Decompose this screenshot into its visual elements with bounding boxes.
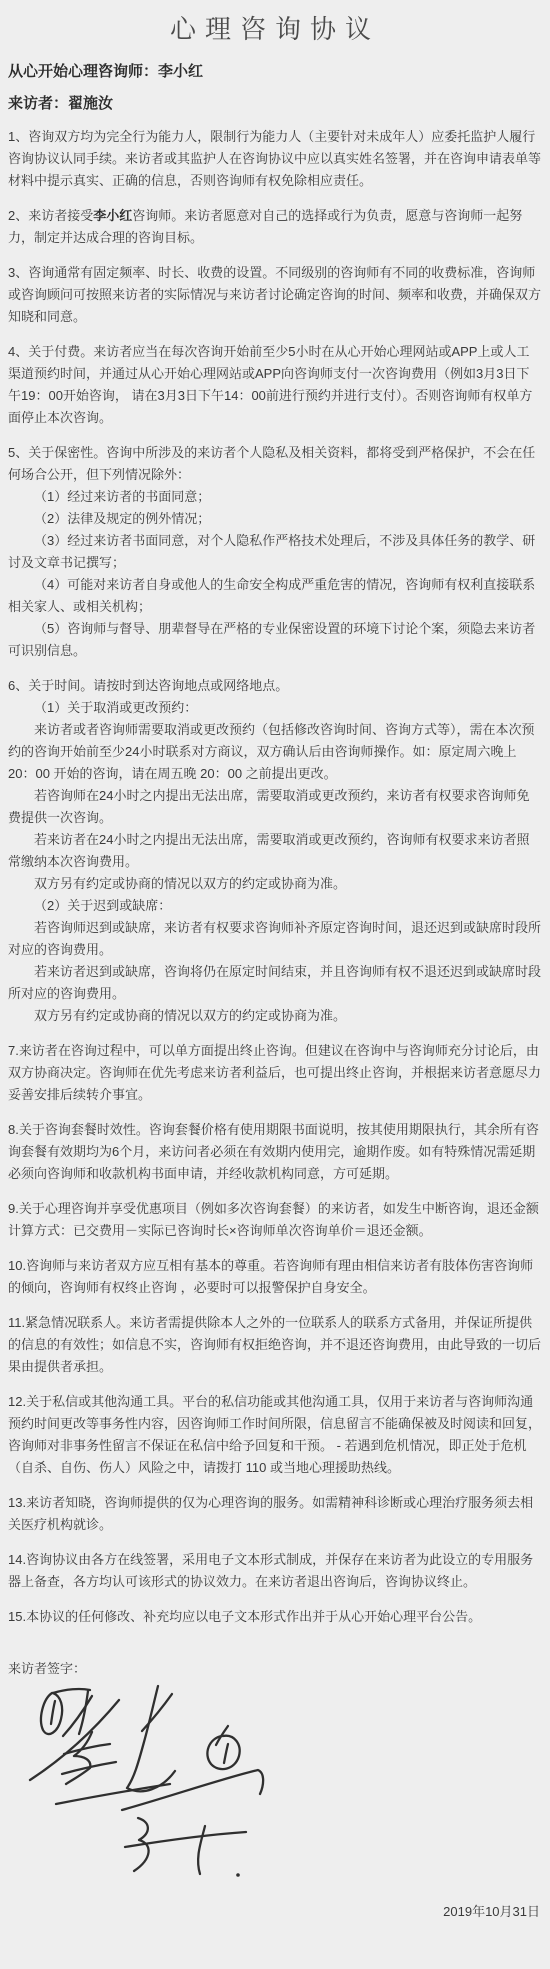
clause-5-item-4: （4）可能对来访者自身或他人的生命安全构成严重危害的情况，咨询师有权利直接联系相…	[8, 574, 542, 618]
signature-label: 来访者签字：	[8, 1658, 542, 1680]
clause-6-item-6: （2）关于迟到或缺席：	[8, 895, 542, 917]
clause-2: 2、来访者接受李小红咨询师。来访者愿意对自己的选择或行为负责，愿意与咨询师一起努…	[8, 205, 542, 249]
page-title: 心理咨询协议	[8, 12, 542, 46]
clause-14: 14.咨询协议由各方在线签署，采用电子文本形式制成，并保存在来访者为此设立的专用…	[8, 1549, 542, 1593]
clause-9: 9.关于心理咨询并享受优惠项目（例如多次咨询套餐）的来访者，如发生中断咨询，退还…	[8, 1198, 542, 1242]
clause-6-item-3: 若咨询师在24小时之内提出无法出席，需要取消或更改预约，来访者有权要求咨询师免费…	[8, 785, 542, 829]
signature-date: 2019年10月31日	[8, 1901, 540, 1923]
clause-4: 4、关于付费。来访者应当在每次咨询开始前至少5小时在从心开始心理网站或APP上或…	[8, 341, 542, 429]
clause-6-item-4: 若来访者在24小时之内提出无法出席，需要取消或更改预约，咨询师有权要求来访者照常…	[8, 829, 542, 873]
clause-6-item-5: 双方另有约定或协商的情况以双方的约定或协商为准。	[8, 873, 542, 895]
clause-1: 1、咨询双方均为完全行为能力人，限制行为能力人（主要针对未成年人）应委托监护人履…	[8, 126, 542, 192]
clause-10: 10.咨询师与来访者双方应互相有基本的尊重。若咨询师有理由相信来访者有肢体伤害咨…	[8, 1255, 542, 1299]
clause-7: 7.来访者在咨询过程中，可以单方面提出终止咨询。但建议在咨询中与咨询师充分讨论后…	[8, 1040, 542, 1106]
clause-15: 15.本协议的任何修改、补充均应以电子文本形式作出并于从心开始心理平台公告。	[8, 1606, 542, 1628]
clause-6-item-1: （1）关于取消或更改预约：	[8, 697, 542, 719]
clause-6-item-8: 若来访者迟到或缺席，咨询将仍在原定时间结束，并且咨询师有权不退还迟到或缺席时段所…	[8, 961, 542, 1005]
clause-6-item-2: 来访者或者咨询师需要取消或更改预约（包括修改咨询时间、咨询方式等），需在本次预约…	[8, 719, 542, 785]
client-line: 来访者：翟施汝	[8, 94, 542, 113]
clause-5-item-5: （5）咨询师与督导、朋辈督导在严格的专业保密设置的环境下讨论个案，须隐去来访者可…	[8, 618, 542, 662]
clause-6: 6、关于时间。请按时到达咨询地点或网络地点。	[8, 675, 542, 697]
clause-13: 13.来访者知晓，咨询师提供的仅为心理咨询的服务。如需精神科诊断或心理治疗服务须…	[8, 1492, 542, 1536]
clause-6-item-9: 双方另有约定或协商的情况以双方的约定或协商为准。	[8, 1005, 542, 1027]
clause-8: 8.关于咨询套餐时效性。咨询套餐价格有使用期限书面说明，按其使用期限执行，其余所…	[8, 1119, 542, 1185]
clause-5-item-1: （1）经过来访者的书面同意；	[8, 486, 542, 508]
clause-5: 5、关于保密性。咨询中所涉及的来访者个人隐私及相关资料，都将受到严格保护，不会在…	[8, 442, 542, 486]
counselor-line: 从心开始心理咨询师：李小红	[8, 62, 542, 81]
client-signature	[22, 1684, 542, 1899]
counselor-name: 李小红	[93, 208, 132, 223]
clause-2-prefix: 2、来访者接受	[8, 208, 93, 223]
clause-3: 3、咨询通常有固定频率、时长、收费的设置。不同级别的咨询师有不同的收费标准，咨询…	[8, 262, 542, 328]
clause-12: 12.关于私信或其他沟通工具。平台的私信功能或其他沟通工具，仅用于来访者与咨询师…	[8, 1391, 542, 1479]
clause-6-item-7: 若咨询师迟到或缺席，来访者有权要求咨询师补齐原定咨询时间，退还迟到或缺席时段所对…	[8, 917, 542, 961]
clause-5-item-2: （2）法律及规定的例外情况；	[8, 508, 542, 530]
clause-11: 11.紧急情况联系人。来访者需提供除本人之外的一位联系人的联系方式备用，并保证所…	[8, 1312, 542, 1378]
handwritten-signature-drawing	[22, 1684, 272, 1899]
agreement-document: 心理咨询协议 从心开始心理咨询师：李小红 来访者：翟施汝 1、咨询双方均为完全行…	[0, 0, 550, 1969]
clause-5-item-3: （3）经过来访者书面同意，对个人隐私作严格技术处理后，不涉及具体任务的教学、研讨…	[8, 530, 542, 574]
